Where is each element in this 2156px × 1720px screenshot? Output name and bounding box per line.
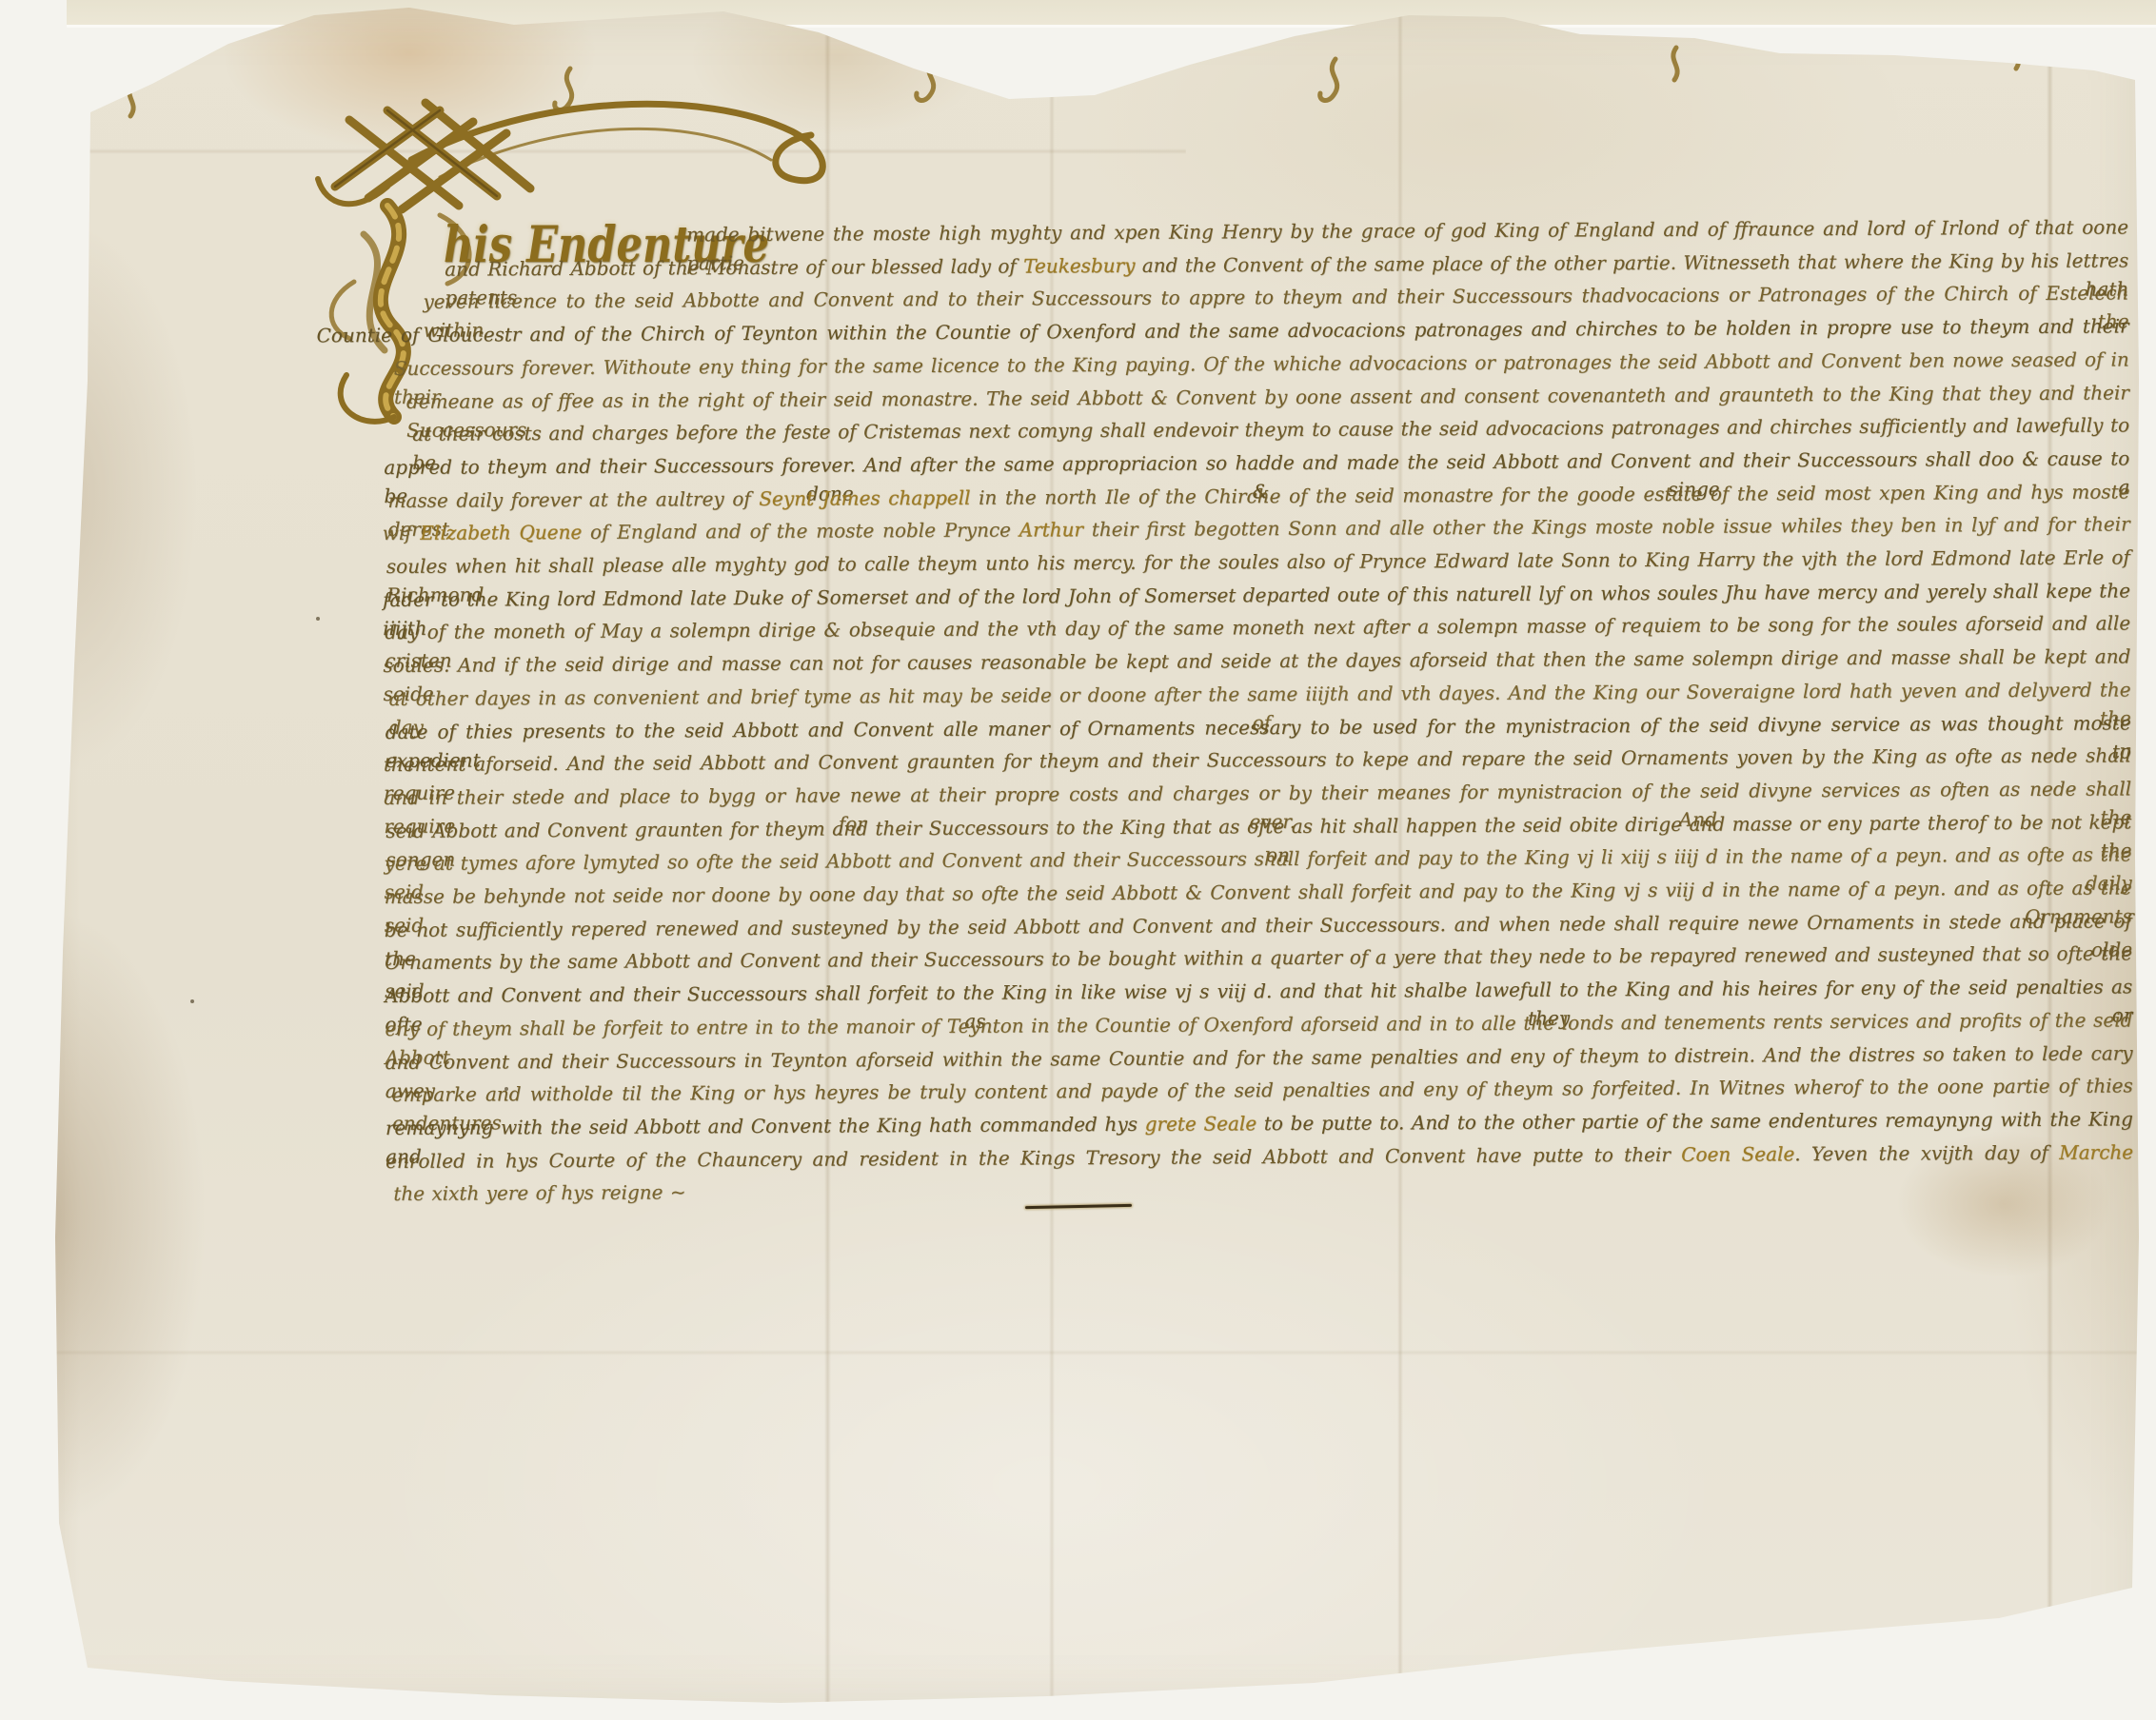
gold-ink-word: Seynt James chappell: [759, 485, 970, 509]
parchment: his Endenture made bitwene the moste hig…: [0, 0, 2156, 1720]
gold-ink-word: Teukesbury: [1023, 254, 1135, 278]
framed-manuscript-photo: his Endenture made bitwene the moste hig…: [0, 0, 2156, 1720]
manuscript-text-block: made bitwene the moste high myghty and x…: [0, 0, 2156, 1720]
manuscript-line: made bitwene the moste high myghty and x…: [686, 212, 2128, 250]
manuscript-line: the xixth yere of hys reigne ~: [393, 1171, 2133, 1211]
pinhole: [190, 999, 194, 1003]
pinhole: [504, 1087, 508, 1091]
gold-ink-word: Coen Seale: [1681, 1142, 1794, 1166]
gold-ink-word: Arthur: [1019, 518, 1083, 541]
gold-ink-word: Marche: [2059, 1140, 2133, 1163]
gold-ink-word: grete Seale: [1145, 1112, 1257, 1136]
gold-ink-word: Elizabeth Quene: [420, 521, 582, 544]
pinhole: [316, 617, 320, 621]
